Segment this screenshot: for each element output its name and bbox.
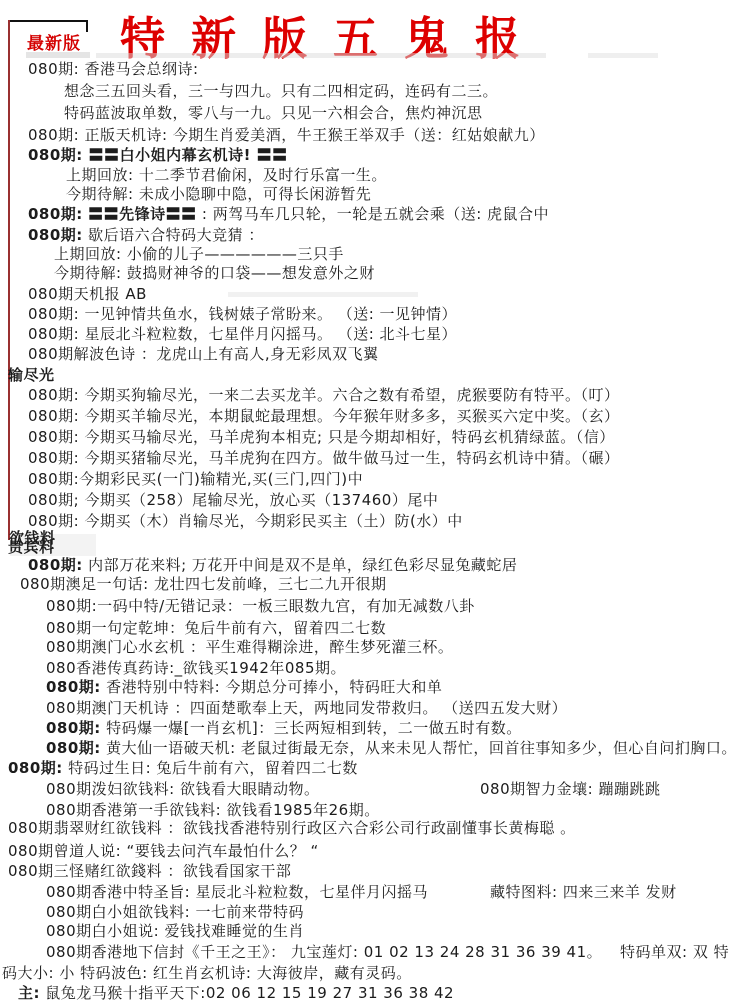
text-segment: 〓〓 [257, 146, 288, 164]
document-line-45: 码大小: 小 特码波色: 红生肖玄机诗: 大海彼岸，藏有灵码。 [2, 964, 412, 982]
document-line-18: 080期: 今期买马输尽光，马羊虎狗本相克; 只是今期却相好，特码玄机猜绿蓝。（… [28, 428, 615, 446]
document-line-26: 080期澳足一句话: 龙壮四七发前峰，三七二九开很期 [20, 575, 386, 593]
document-line-43: 080期白小姐说: 爱钱找难睡觉的生肖 [46, 922, 304, 940]
text-segment: 特码单双: 双 特 [620, 943, 729, 961]
text-segment: 080期澳门天机诗 ：四面楚歌奉上天，两地同发带救归。 （送四五发大财） [46, 699, 567, 717]
text-segment: 香港特别中特料: 今期总分可捧小，特码旺大和单 [101, 678, 443, 696]
text-segment: 080期: [46, 678, 101, 696]
text-segment: 080期曾道人说: “要钱去问汽车最怕什么？ “ [8, 842, 319, 860]
document-line-3: 080期: 正版天机诗: 今期生肖爱美酒，牛王猴王举双手（送：红姑娘献九） [28, 126, 545, 144]
text-segment: 080期: 今期买狗输尽光，一来二去买龙羊。六合之数有希望，虎猴要防有特平。（叮… [28, 386, 619, 404]
document-line-7: 080期: 〓〓先锋诗〓〓 : 两驾马车几只轮，一轮是五就会乘（送: 虎鼠合中 [28, 205, 549, 223]
document-line-44: 080期香港地下信封《千王之王》： 九宝莲灯: 01 02 13 24 28 3… [46, 943, 602, 961]
erased-text-smudge [588, 53, 658, 58]
document-line-1: 想念三五回头看，三一与四九。只有二四相定码，连码有二三。 [64, 82, 498, 100]
text-segment: 特码蓝波取单数，零八与一九。只见一六相会合，焦灼神沉思 [64, 104, 483, 122]
document-line-30: 080香港传真药诗:_欲钱买1942年085期。 [46, 659, 346, 677]
document-line-24: 贵宾料 [8, 538, 55, 556]
text-segment: 黄大仙一语破天机: 老鼠过街最无奈，从来未见人帮忙，回首往事知多少，但心自问扪胸… [101, 739, 732, 757]
document-line-17: 080期: 今期买羊输尽光，本期鼠蛇最理想。今年猴年财多多，买猴买六定中奖。（玄… [28, 407, 619, 425]
text-segment: 080香港传真药诗:_欲钱买1942年085期。 [46, 659, 346, 677]
text-segment: 〓〓先锋诗〓〓 [88, 205, 197, 223]
text-segment: 080期香港第一手欲钱料: 欲钱看1985年26期。 [46, 801, 380, 819]
left-vertical-rule [8, 20, 10, 540]
text-segment: 今期待解: 未成小隐聊中隐，可得长闲游暂先 [66, 185, 371, 203]
text-segment: 特码爆一爆[一肖玄机]：三长两短相到转，二一做五时有数。 [101, 719, 522, 737]
text-segment: 080期香港中特圣旨: 星辰北斗粒粒数，七星伴月闪摇马 [46, 883, 428, 901]
text-segment: 主: [18, 984, 40, 1000]
text-segment: 〓〓 [89, 146, 120, 164]
document-line-34: 080期: 黄大仙一语破天机: 老鼠过街最无奈，从来未见人帮忙，回首往事知多少，… [46, 739, 732, 757]
text-segment: 080期香港地下信封《千王之王》： 九宝莲灯: 01 02 13 24 28 3… [46, 943, 602, 961]
text-segment: 080期: [28, 556, 83, 574]
document-line-25: 080期: 内部万花来料; 万花开中间是双不是单，绿红色彩尽显兔藏蛇居 [28, 556, 517, 574]
document-line-20: 080期:今期彩民买(一门)输精光,买(三门,四门)中 [28, 470, 363, 488]
text-segment: 080期白小姐说: 爱钱找难睡觉的生肖 [46, 922, 304, 940]
text-segment: 080期: [28, 146, 89, 164]
text-segment: 贵宾料 [8, 538, 55, 556]
text-segment: 080期白小姐欲钱料: 一七前来带特码 [46, 903, 304, 921]
text-segment: 内部万花来料; 万花开中间是双不是单，绿红色彩尽显兔藏蛇居 [83, 556, 518, 574]
text-segment: 080期: [28, 226, 83, 244]
badge-box-top-border [8, 20, 88, 22]
text-segment: 080期: [28, 205, 83, 223]
document-line-2: 特码蓝波取单数，零八与一九。只见一六相会合，焦灼神沉思 [64, 104, 483, 122]
erased-text-smudge [228, 292, 418, 297]
document-line-28: 080期一句定乾坤：兔后牛前有六，留着四二七数 [46, 619, 386, 637]
document-line-32: 080期澳门天机诗 ：四面楚歌奉上天，两地同发带救归。 （送四五发大财） [46, 699, 567, 717]
document-line-6: 今期待解: 未成小隐聊中隐，可得长闲游暂先 [66, 185, 371, 203]
document-line-46: 主: 鼠兔龙马猴十指平天下:02 06 12 15 19 27 31 36 38… [18, 984, 454, 1000]
text-segment: 藏特图料: 四来三来羊 发财 [490, 883, 677, 901]
document-line-29: 080期澳门心水玄机 ：平生难得糊涂进，醉生梦死灌三杯。 [46, 638, 453, 656]
document-line-39: 080期曾道人说: “要钱去问汽车最怕什么？ “ [8, 842, 319, 860]
text-segment: 080期: 香港马会总纲诗: [28, 60, 199, 78]
document-line-40: 080期三怪赌红欲錢料 ：欲钱看国家干部 [8, 862, 291, 880]
text-segment: 080期天机报 AB [28, 285, 147, 303]
text-segment: 白小姐内幕玄机诗! [120, 146, 257, 164]
text-segment: 上期回放: 小偷的儿子——————三只手 [54, 245, 344, 263]
document-line-11: 080期天机报 AB [28, 285, 147, 303]
text-segment: : 两驾马车几只轮，一轮是五就会乘（送: 虎鼠合中 [197, 205, 549, 223]
text-segment: 080期: [46, 719, 101, 737]
text-segment: 080期解波色诗 ：龙虎山上有高人,身无彩凤双飞翼 [28, 345, 379, 363]
text-segment: 080期三怪赌红欲錢料 ：欲钱看国家干部 [8, 862, 291, 880]
document-line-16: 080期: 今期买狗输尽光，一来二去买龙羊。六合之数有希望，虎猴要防有特平。（叮… [28, 386, 619, 404]
text-segment: 080期一句定乾坤：兔后牛前有六，留着四二七数 [46, 619, 386, 637]
text-segment: 080期智力金壤: 蹦蹦跳跳 [480, 780, 660, 798]
document-line-14: 080期解波色诗 ：龙虎山上有高人,身无彩凤双飞翼 [28, 345, 379, 363]
tip-sheet-page: 最新版 特新版五鬼报 080期: 香港马会总纲诗:想念三五回头看，三一与四九。只… [0, 0, 732, 1000]
text-segment: 上期回放: 十二季节君偷闲，及时行乐富一生。 [66, 166, 387, 184]
document-line-31: 080期: 香港特别中特料: 今期总分可捧小，特码旺大和单 [46, 678, 442, 696]
text-segment: 080期: 今期买羊输尽光，本期鼠蛇最理想。今年猴年财多多，买猴买六定中奖。（玄… [28, 407, 619, 425]
document-line-36: 080期泼妇欲钱料: 欲钱看大眼睛动物。080期智力金壤: 蹦蹦跳跳 [46, 780, 319, 798]
document-line-27: 080期:一码中特/无错记录：一板三眼数九宫，有加无减数八卦 [46, 597, 475, 615]
text-segment: 080期: 一见钟情共鱼水，钱树婊子常盼来。 （送: 一见钟情） [28, 305, 457, 323]
text-segment: 码大小: 小 特码波色: 红生肖玄机诗: 大海彼岸，藏有灵码。 [2, 964, 412, 982]
text-segment: 080期翡翠财红欲钱料 ：欲钱找香港特别行政区六合彩公司行政副懂事长黄梅聪 。 [8, 819, 576, 837]
text-segment: 想念三五回头看，三一与四九。只有二四相定码，连码有二三。 [64, 82, 498, 100]
text-segment: 080期:今期彩民买(一门)输精光,买(三门,四门)中 [28, 470, 363, 488]
document-line-8: 080期: 歇后语六合特码大竞猜 ： [28, 226, 264, 244]
document-line-13: 080期: 星辰北斗粒粒数，七星伴月闪摇马。 （送: 北斗七星） [28, 325, 457, 343]
erased-text-smudge [26, 52, 90, 58]
document-line-15: 输尽光 [8, 366, 55, 384]
badge-box-corner-tick [86, 20, 88, 32]
text-segment: 080期: [8, 759, 63, 777]
document-line-5: 上期回放: 十二季节君偷闲，及时行乐富一生。 [66, 166, 387, 184]
document-line-38: 080期翡翠财红欲钱料 ：欲钱找香港特别行政区六合彩公司行政副懂事长黄梅聪 。 [8, 819, 576, 837]
document-line-21: 080期; 今期买（258）尾输尽光，放心买（137460）尾中 [28, 491, 438, 509]
text-segment: 080期: [46, 739, 101, 757]
document-line-41: 080期香港中特圣旨: 星辰北斗粒粒数，七星伴月闪摇马藏特图料: 四来三来羊 发… [46, 883, 428, 901]
document-line-33: 080期: 特码爆一爆[一肖玄机]：三长两短相到转，二一做五时有数。 [46, 719, 522, 737]
document-line-42: 080期白小姐欲钱料: 一七前来带特码 [46, 903, 304, 921]
document-line-10: 今期待解: 鼓捣财神爷的口袋——想发意外之财 [54, 264, 375, 282]
document-line-37: 080期香港第一手欲钱料: 欲钱看1985年26期。 [46, 801, 380, 819]
erased-text-smudge [96, 53, 546, 58]
text-segment: 080期: 正版天机诗: 今期生肖爱美酒，牛王猴王举双手（送：红姑娘献九） [28, 126, 545, 144]
text-segment: 歇后语六合特码大竞猜 ： [83, 226, 264, 244]
text-segment: 080期: 今期买猪输尽光，马羊虎狗在四方。做牛做马过一生，特码玄机诗中猜。（碾… [28, 449, 619, 467]
text-segment: 080期泼妇欲钱料: 欲钱看大眼睛动物。 [46, 780, 319, 798]
text-segment: 鼠兔龙马猴十指平天下:02 06 12 15 19 27 31 36 38 42 [40, 984, 454, 1000]
text-segment: 080期; 今期买（258）尾输尽光，放心买（137460）尾中 [28, 491, 438, 509]
document-line-9: 上期回放: 小偷的儿子——————三只手 [54, 245, 344, 263]
document-line-4: 080期: 〓〓白小姐内幕玄机诗! 〓〓 [28, 146, 288, 164]
text-segment: 输尽光 [8, 366, 55, 384]
text-segment: 080期: 今期买（木）肖输尽光，今期彩民买主（土）防(水）中 [28, 512, 463, 530]
document-line-12: 080期: 一见钟情共鱼水，钱树婊子常盼来。 （送: 一见钟情） [28, 305, 457, 323]
document-line-22: 080期: 今期买（木）肖输尽光，今期彩民买主（土）防(水）中 [28, 512, 463, 530]
text-segment: 080期: 今期买马输尽光，马羊虎狗本相克; 只是今期却相好，特码玄机猜绿蓝。（… [28, 428, 615, 446]
document-line-0: 080期: 香港马会总纲诗: [28, 60, 199, 78]
text-segment: 特码过生日: 兔后牛前有六，留着四二七数 [63, 759, 358, 777]
text-segment: 080期澳门心水玄机 ：平生难得糊涂进，醉生梦死灌三杯。 [46, 638, 453, 656]
document-line-19: 080期: 今期买猪输尽光，马羊虎狗在四方。做牛做马过一生，特码玄机诗中猜。（碾… [28, 449, 619, 467]
text-segment: 080期:一码中特/无错记录：一板三眼数九宫，有加无减数八卦 [46, 597, 475, 615]
text-segment: 080期澳足一句话: 龙壮四七发前峰，三七二九开很期 [20, 575, 386, 593]
latest-version-badge: 最新版 [27, 29, 81, 54]
text-segment: 今期待解: 鼓捣财神爷的口袋——想发意外之财 [54, 264, 375, 282]
text-segment: 080期: 星辰北斗粒粒数，七星伴月闪摇马。 （送: 北斗七星） [28, 325, 457, 343]
document-line-35: 080期: 特码过生日: 兔后牛前有六，留着四二七数 [8, 759, 358, 777]
